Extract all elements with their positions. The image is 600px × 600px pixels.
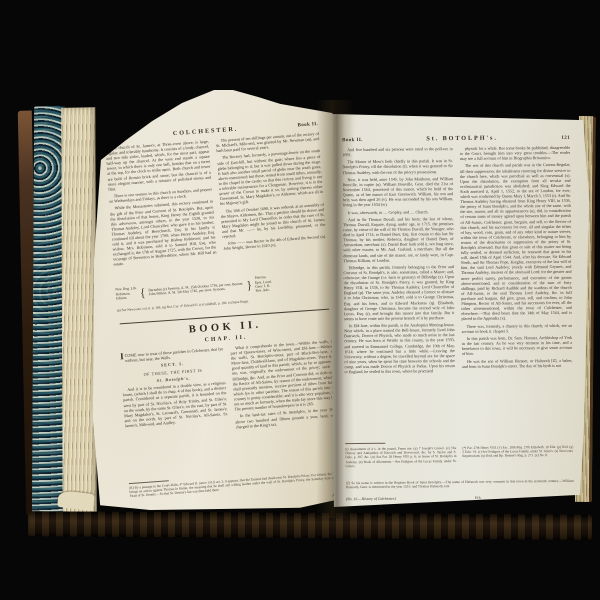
paragraph: The church of St. James's, at Three-cros…	[105, 139, 211, 192]
running-title: COLCHESTER.	[173, 126, 239, 138]
brace-glyph: }	[246, 280, 252, 290]
text-column: The church of St. James's, at Three-cros…	[105, 139, 218, 282]
left-page: 120 COLCHESTER. Book II. The church of S…	[84, 84, 340, 516]
rector-entries: Barnabas (y) Symons, A. M. 15th October …	[148, 281, 243, 296]
paragraph: The 10th of October 1690, it was ordered…	[220, 201, 325, 239]
drop-cap: I	[120, 353, 124, 361]
paragraph: And five hundred and six persons were ra…	[342, 146, 453, 157]
page-number: 121	[561, 136, 570, 141]
left-page-content: 120 COLCHESTER. Book II. The church of S…	[105, 120, 340, 514]
footnote-z: [Z] So his name is written in the Regist…	[346, 479, 574, 494]
book-label: Book II.	[297, 122, 318, 128]
paragraph: It was, afterwards, in .... Cropley, and…	[343, 209, 454, 215]
text-column: physick for a while. But some books he p…	[460, 145, 574, 440]
footnote-columns: (t) Assessment of 4 s. in the pound, Pen…	[345, 445, 573, 479]
left-page-edges	[61, 107, 96, 516]
paragraph: And it is to be considered in a double v…	[122, 380, 228, 428]
book-label: Book II.	[342, 138, 363, 143]
signature-line: (No. 16.—History of Colchester.) H h rec…	[346, 495, 574, 501]
lower-text-columns: ICOME now to treat of those parishes in …	[120, 338, 340, 481]
paragraph: Next, it was held, anno 1545, by John Ma…	[342, 176, 453, 208]
page-number: 120	[105, 136, 114, 142]
marbled-endpaper	[32, 106, 65, 519]
catchword: recorded.	[559, 495, 573, 499]
paragraph: The Rectory had, formerly, a parsonage-h…	[217, 148, 324, 206]
imprint: (No. 16.—History of Colchester.)	[346, 497, 396, 502]
left-book-edge	[18, 105, 101, 520]
paragraph: He was the son of William Harsnet, or Ha…	[462, 357, 573, 368]
text-column: And five hundred and six persons were ra…	[342, 146, 456, 441]
paragraph: While the Monasteries subsisted, this re…	[110, 199, 218, 267]
paragraph: And in Sir Thomas Duvall, and his heirs;…	[343, 216, 454, 263]
footnote-column: (*) Pat. 27th Henry VIII. (†) Esc. 28th …	[462, 445, 573, 478]
paragraph: Dilbridge, in this parish, formerly belo…	[343, 264, 454, 321]
paragraph: There was, formerly, a chantry in this c…	[462, 322, 573, 333]
text-column: What it comprehends in the town.—Within …	[230, 338, 340, 473]
signature-mark: H h	[475, 496, 481, 500]
paragraph: In this parish was born, Dr. Sam. Harsne…	[462, 335, 573, 357]
paragraph: physick for a while. But some books he p…	[460, 145, 571, 161]
running-title: St. BOTOLPH's.	[426, 135, 497, 143]
paragraph: In Eld-lane, within this parish, is the …	[344, 322, 455, 374]
register-labels: Nov. Reg. Lib. Robinson. Gibson.	[115, 286, 137, 301]
paragraph: What it comprehends in the town.—Within …	[230, 338, 338, 411]
right-page-content: Book II. St. BOTOLPH's. 121 And five hun…	[342, 134, 574, 508]
paragraph: The Manor of Mow's lieth chiefly in this…	[342, 158, 453, 174]
footnote-column: (t) Assessment of 4 s. in the pound, Pen…	[345, 446, 456, 479]
right-page: Book II. St. BOTOLPH's. 121 And five hun…	[330, 108, 592, 511]
footnote-rule	[345, 443, 385, 444]
paragraph: The rest of this church and parish was i…	[460, 162, 572, 321]
upper-text-columns: The church of St. James's, at Three-cros…	[105, 131, 328, 282]
photo-background: 120 COLCHESTER. Book II. The church of S…	[0, 0, 600, 600]
text-column: ICOME now to treat of those parishes in …	[120, 346, 232, 481]
text-column: The present of ten shillings per annum, …	[216, 131, 329, 274]
patrons-column: Patrons, Epis. Lond. Geor. I. R. Rev. Ad…	[255, 275, 273, 294]
brace-glyph: {	[140, 287, 146, 297]
bottom-cover-board	[28, 511, 592, 539]
text-columns: And five hundred and six persons were ra…	[342, 145, 573, 441]
